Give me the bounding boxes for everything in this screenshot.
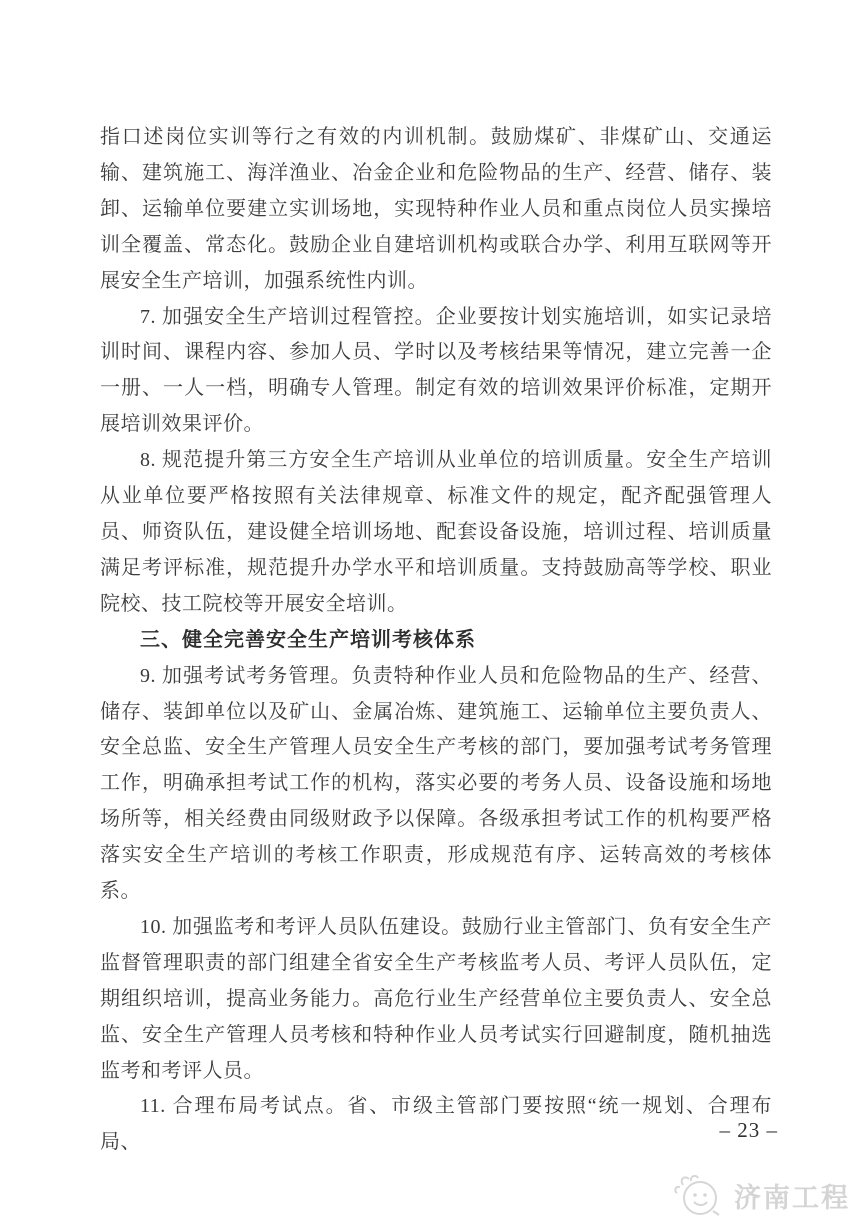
document-body: 指口述岗位实训等行之有效的内训机制。鼓励煤矿、非煤矿山、交通运输、建筑施工、海洋… — [100, 120, 772, 1161]
paragraph-item-7: 7. 加强安全生产培训过程管控。企业要按计划实施培训，如实记录培训时间、课程内容… — [100, 300, 772, 444]
paragraph-item-9: 9. 加强考试考务管理。负责特种作业人员和危险物品的生产、经营、储存、装卸单位以… — [100, 659, 772, 910]
document-page: 指口述岗位实训等行之有效的内训机制。鼓励煤矿、非煤矿山、交通运输、建筑施工、海洋… — [0, 0, 856, 1225]
paragraph-item-8: 8. 规范提升第三方安全生产培训从业单位的培训质量。安全生产培训从业单位要严格按… — [100, 443, 772, 623]
paragraph-item-10: 10. 加强监考和考评人员队伍建设。鼓励行业主管部门、负有安全生产监督管理职责的… — [100, 910, 772, 1090]
page-number: – 23 – — [720, 1118, 779, 1143]
mascot-icon — [673, 1171, 729, 1219]
watermark-brand-text: 济南工程 — [734, 1176, 850, 1215]
section-heading-3: 三、健全完善安全生产培训考核体系 — [100, 623, 772, 659]
paragraph-item-11: 11. 合理布局考试点。省、市级主管部门要按照“统一规划、合理布局、 — [100, 1089, 772, 1161]
paragraph-continued: 指口述岗位实训等行之有效的内训机制。鼓励煤矿、非煤矿山、交通运输、建筑施工、海洋… — [100, 120, 772, 300]
watermark-logo: 济南工程 — [673, 1171, 850, 1219]
